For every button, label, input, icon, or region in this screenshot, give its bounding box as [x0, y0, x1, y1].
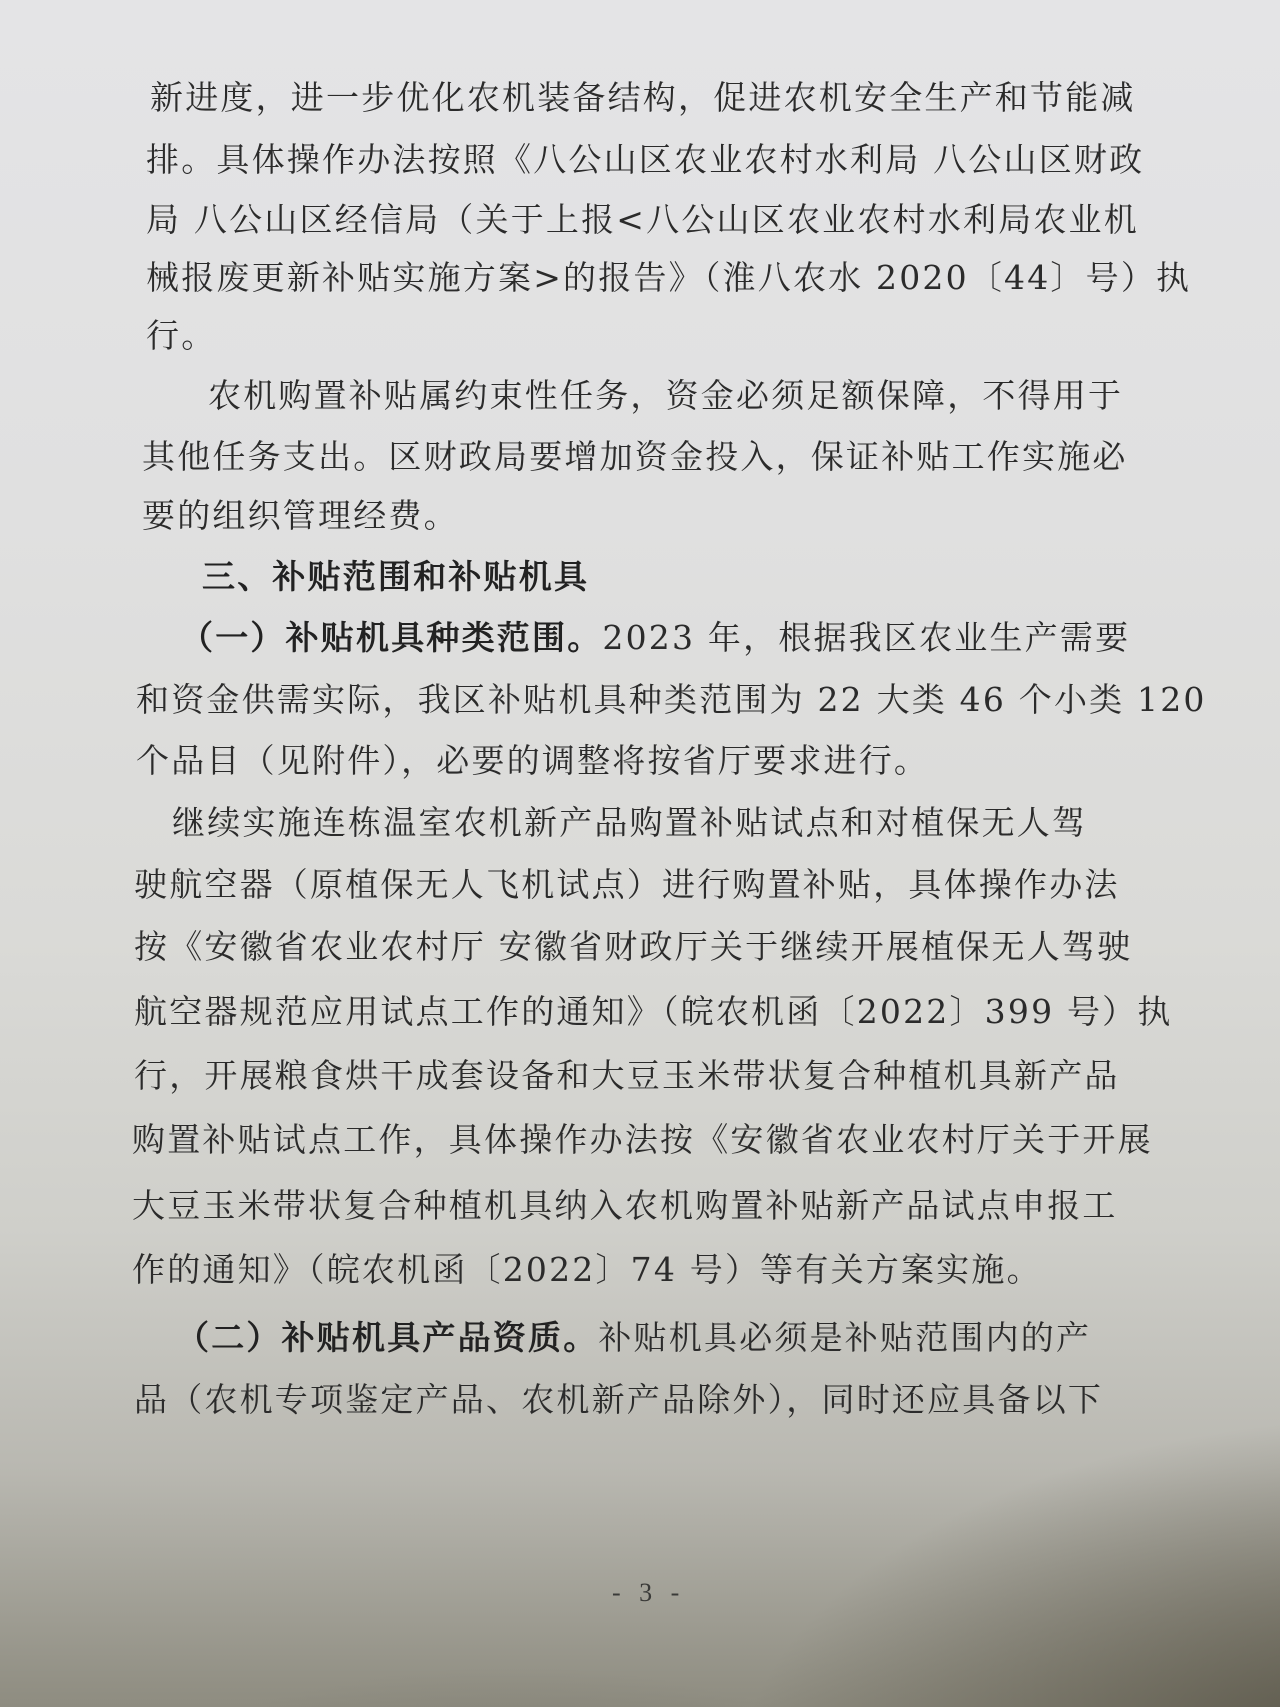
text-line: 驶航空器（原植保无人飞机试点）进行购置补贴，具体操作办法 — [134, 865, 1120, 905]
text-line: 按《安徽省农业农村厅 安徽省财政厅关于继续开展植保无人驾驶 — [134, 927, 1132, 967]
page-number: - 3 - — [612, 1578, 685, 1608]
section-heading: 三、补贴范围和补贴机具 — [202, 557, 589, 597]
text-line: 局 八公山区经信局（关于上报<八公山区农业农村水利局农业机 — [146, 200, 1139, 240]
text-line: 行，开展粮食烘干成套设备和大豆玉米带状复合种植机具新产品 — [134, 1056, 1120, 1096]
text-span: 补贴机具必须是补贴范围内的产 — [598, 1318, 1091, 1357]
text-span: 2023 年，根据我区农业生产需要 — [602, 618, 1130, 657]
text-line: 大豆玉米带状复合种植机具纳入农机购置补贴新产品试点申报工 — [132, 1186, 1118, 1226]
subsection-title: （二）补贴机具产品资质。 — [176, 1318, 598, 1357]
text-line: 继续实施连栋温室农机新产品购置补贴试点和对植保无人驾 — [172, 803, 1087, 843]
text-line: 新进度，进一步优化农机装备结构，促进农机安全生产和节能减 — [150, 78, 1136, 118]
text-line: 其他任务支出。区财政局要增加资金投入，保证补贴工作实施必 — [142, 437, 1128, 477]
text-line: 械报废更新补贴实施方案>的报告》（淮八农水 2020〔44〕号）执 — [146, 258, 1191, 298]
text-line: 行。 — [146, 316, 216, 356]
text-line: 购置补贴试点工作，具体操作办法按《安徽省农业农村厅关于开展 — [132, 1120, 1153, 1160]
text-line: 排。具体操作办法按照《八公山区农业农村水利局 八公山区财政 — [146, 140, 1144, 180]
text-line: 作的通知》（皖农机函〔2022〕74 号）等有关方案实施。 — [132, 1250, 1042, 1290]
text-line: 要的组织管理经费。 — [142, 496, 459, 536]
text-line: （一）补贴机具种类范围。2023 年，根据我区农业生产需要 — [180, 618, 1130, 658]
text-line: 航空器规范应用试点工作的通知》（皖农机函〔2022〕399 号）执 — [134, 992, 1173, 1032]
subsection-title: （一）补贴机具种类范围。 — [180, 618, 602, 657]
text-line: 农机购置补贴属约束性任务，资金必须足额保障，不得用于 — [208, 376, 1123, 416]
text-line: 和资金供需实际，我区补贴机具种类范围为 22 大类 46 个小类 120 — [136, 680, 1207, 720]
document-page: 新进度，进一步优化农机装备结构，促进农机安全生产和节能减 排。具体操作办法按照《… — [0, 0, 1280, 1707]
text-line: 品（农机专项鉴定产品、农机新产品除外），同时还应具备以下 — [134, 1380, 1103, 1420]
text-line: 个品目（见附件），必要的调整将按省厅要求进行。 — [136, 741, 929, 781]
text-line: （二）补贴机具产品资质。补贴机具必须是补贴范围内的产 — [176, 1318, 1091, 1358]
